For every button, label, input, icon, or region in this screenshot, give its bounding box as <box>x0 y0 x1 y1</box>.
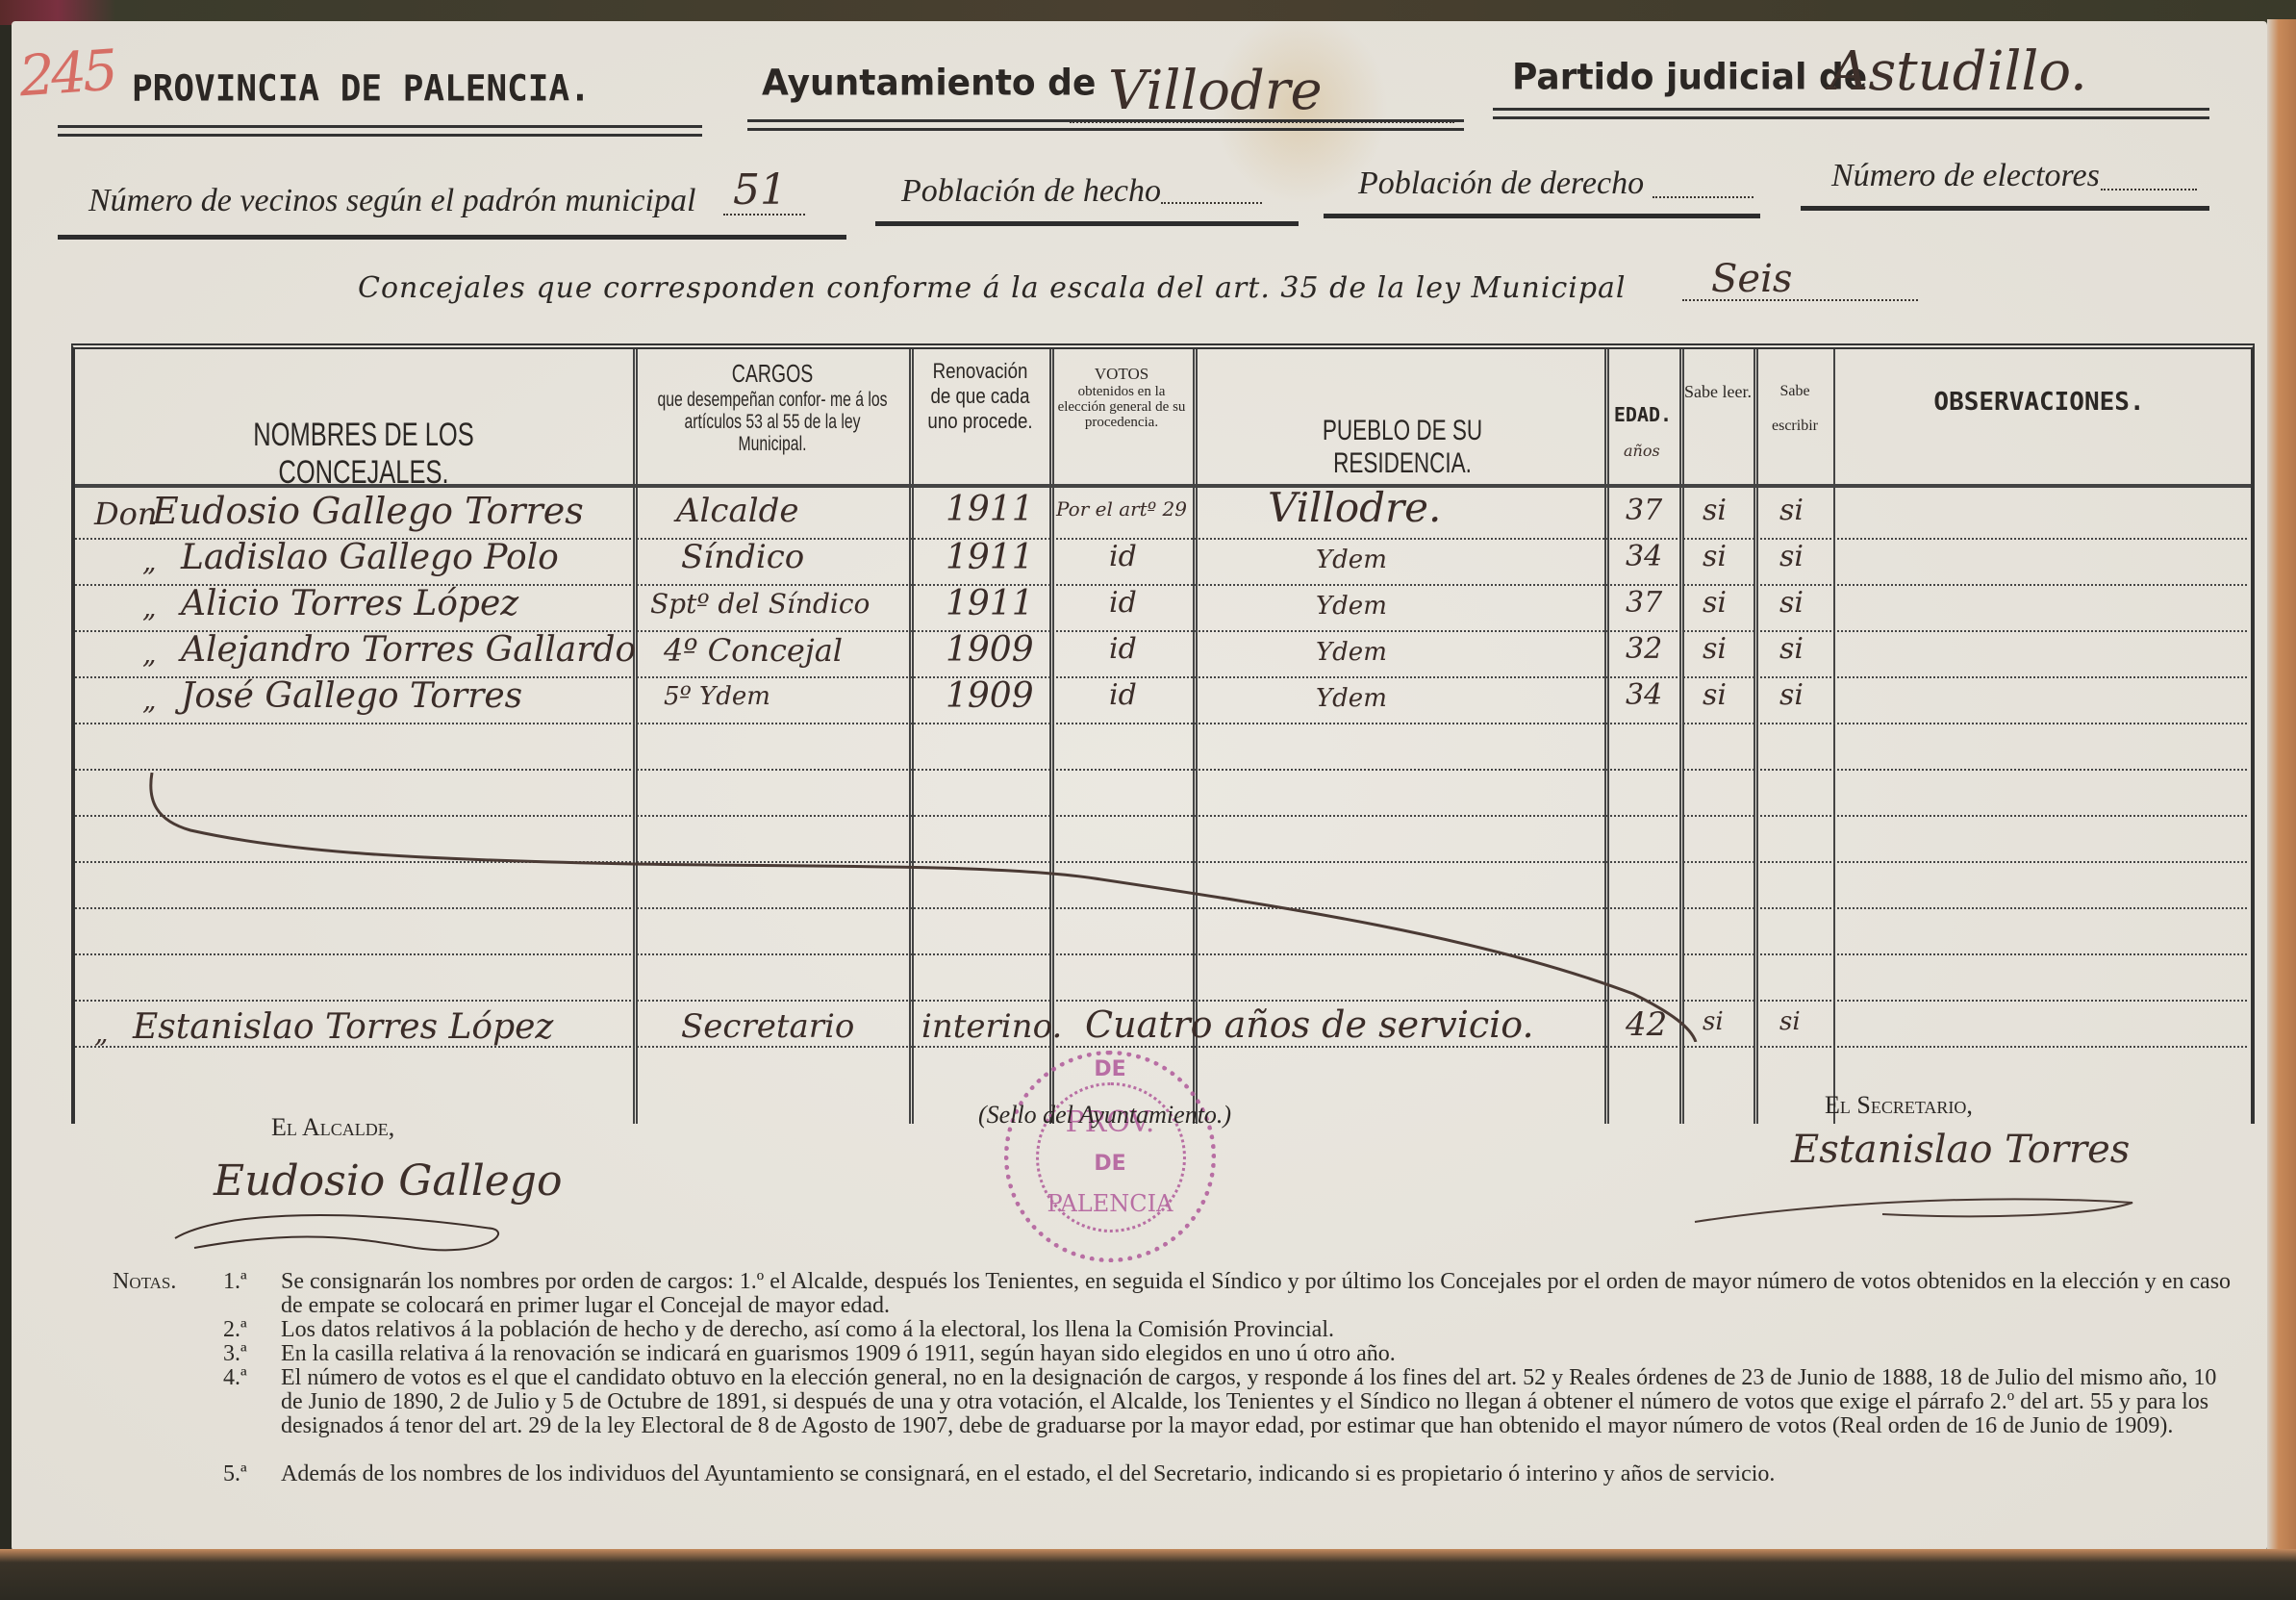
row-pueblo: Villodre. <box>1268 484 1441 531</box>
row-nombre: Eudosio Gallego Torres <box>152 490 584 532</box>
concejales-value: Seis <box>1711 257 1792 301</box>
row-edad: 37 <box>1626 494 1662 527</box>
derecho-label: Población de derecho <box>1358 165 1644 202</box>
note-number: 5.ª <box>223 1462 247 1486</box>
header-cargos: CARGOS que desempeñan confor- me á los a… <box>671 359 873 455</box>
header-votos-title: VOTOS <box>1054 365 1189 384</box>
partido-value: Astudillo. <box>1829 40 2087 103</box>
row-leer: si <box>1703 632 1727 666</box>
row-renovacion: 1909 <box>946 630 1034 670</box>
row-leer: si <box>1703 678 1727 712</box>
row-escribir: si <box>1779 540 1804 573</box>
alcalde-label: El Alcalde, <box>271 1113 394 1142</box>
row-escribir: si <box>1779 1007 1801 1036</box>
note-number: 2.ª <box>223 1318 247 1342</box>
row-pueblo: Ydem <box>1316 638 1387 667</box>
ayuntamiento-seal-stamp: DE PROV. DE PALENCIA <box>1004 1051 1216 1262</box>
vecinos-field: 51 <box>723 194 805 216</box>
row-edad: 42 <box>1626 1005 1667 1044</box>
note-text: En la casilla relativa á la renovación s… <box>281 1342 2233 1366</box>
header-edad: EDAD. <box>1606 403 1679 426</box>
row-escribir: si <box>1779 586 1804 620</box>
row-votos: id <box>1109 586 1137 620</box>
divider <box>1493 108 2209 119</box>
note-text: Además de los nombres de los individuos … <box>281 1462 2233 1486</box>
row-cargo: Sptº del Síndico <box>650 588 870 620</box>
header-edad-unit: años <box>1624 442 1660 460</box>
seal-center-mid: DE <box>1009 1152 1211 1176</box>
book-binding-bottom <box>0 1549 2296 1600</box>
row-votos: id <box>1109 678 1137 712</box>
row-cargo: 4º Concejal <box>664 632 843 669</box>
row-votos: Por el artº 29 <box>1056 497 1187 521</box>
divider <box>1324 214 1760 218</box>
header-observaciones: OBSERVACIONES. <box>1837 388 2241 417</box>
row-prefix: „ <box>142 592 157 623</box>
row-observacion-servicio: Cuatro años de servicio. <box>1085 1003 1534 1046</box>
row-nombre: Alicio Torres López <box>181 584 518 623</box>
header-pueblo: PUEBLO DE SU RESIDENCIA. <box>1251 415 1554 480</box>
header-nombres: NOMBRES DE LOS CONCEJALES. <box>169 417 559 492</box>
note-number: 1.ª <box>223 1270 247 1294</box>
row-renovacion: 1911 <box>946 538 1034 577</box>
page-edge-right <box>2267 19 2296 1559</box>
sello-label: (Sello del Ayuntamiento.) <box>978 1101 1231 1130</box>
ayuntamiento-label: Ayuntamiento de <box>762 63 1096 104</box>
header-cargos-title: CARGOS <box>671 359 873 389</box>
row-escribir: si <box>1779 678 1804 712</box>
row-renovacion: 1911 <box>946 490 1034 529</box>
row-leer: si <box>1703 1007 1724 1036</box>
secretario-label: El Secretario, <box>1825 1091 1973 1120</box>
row-leer: si <box>1703 586 1727 620</box>
row-leer: si <box>1703 494 1727 527</box>
header-sabe-escribir: Sabe escribir <box>1758 374 1831 444</box>
row-line <box>75 769 2247 771</box>
note-text: Los datos relativos á la población de he… <box>281 1318 2233 1342</box>
row-pueblo: Ydem <box>1316 546 1387 574</box>
row-cargo: 5º Ydem <box>664 682 770 711</box>
row-prefix: „ <box>94 1017 109 1049</box>
vecinos-value: 51 <box>733 165 787 215</box>
row-edad: 32 <box>1626 632 1662 666</box>
row-line <box>75 723 2247 724</box>
note-text: El número de votos es el que el candidat… <box>281 1366 2233 1438</box>
secretario-signature-flourish <box>1690 1176 2152 1233</box>
electores-label: Número de electores <box>1831 158 2100 194</box>
row-votos: id <box>1109 632 1137 666</box>
row-pueblo: Ydem <box>1316 592 1387 621</box>
row-nombre: Estanislao Torres López <box>133 1007 553 1047</box>
row-edad: 37 <box>1626 586 1662 620</box>
hecho-label: Población de hecho <box>901 173 1161 210</box>
note-number: 4.ª <box>223 1366 247 1390</box>
alcalde-signature-flourish <box>165 1190 531 1267</box>
concejales-label: Concejales que corresponden conforme á l… <box>358 271 1627 305</box>
divider <box>875 221 1299 226</box>
header-sabe-leer: Sabe leer. <box>1683 374 1753 409</box>
divider <box>747 119 1464 131</box>
row-nombre: Ladislao Gallego Polo <box>181 538 559 577</box>
provincia-title: PROVINCIA DE PALENCIA. <box>132 68 591 110</box>
divider <box>58 235 846 240</box>
row-cargo: Secretario <box>681 1007 854 1046</box>
row-escribir: si <box>1779 632 1804 666</box>
row-prefix: Don <box>94 495 158 532</box>
row-edad: 34 <box>1626 678 1662 712</box>
divider <box>58 125 702 137</box>
row-votos: id <box>1109 540 1137 573</box>
ayuntamiento-value: Villodre <box>1108 60 1323 122</box>
row-prefix: „ <box>142 546 157 577</box>
concejales-table: NOMBRES DE LOS CONCEJALES. CARGOS que de… <box>71 343 2255 1124</box>
note-text: Se consignarán los nombres por orden de … <box>281 1270 2233 1318</box>
hecho-field <box>1161 192 1262 204</box>
note-number: 3.ª <box>223 1342 247 1366</box>
vecinos-label: Número de vecinos según el padrón munici… <box>88 183 695 219</box>
row-renovacion: 1909 <box>946 676 1034 716</box>
seal-center-bottom: PALENCIA <box>1009 1190 1211 1217</box>
row-cargo: Síndico <box>681 538 804 576</box>
header-rule <box>75 484 2251 488</box>
row-leer: si <box>1703 540 1727 573</box>
header-renovacion: Renovación de que cada uno procede. <box>923 359 1036 434</box>
row-cargo: Alcalde <box>676 492 799 530</box>
closing-pen-stroke <box>133 773 1922 1042</box>
secretario-signature: Estanislao Torres <box>1791 1128 2130 1172</box>
document-page: 245 PROVINCIA DE PALENCIA. Ayuntamiento … <box>12 21 2267 1551</box>
header-cargos-sub: que desempeñan confor- me á los artículo… <box>657 389 888 455</box>
row-renovacion: interino. <box>921 1007 1062 1046</box>
row-renovacion: 1911 <box>946 584 1034 623</box>
row-prefix: „ <box>142 684 157 716</box>
notes-title: Notas. <box>113 1270 176 1294</box>
row-prefix: „ <box>142 638 157 670</box>
electores-field <box>2101 179 2197 190</box>
partido-label: Partido judicial de <box>1512 57 1867 98</box>
partido-field: Astudillo. <box>1820 79 2195 110</box>
folio-number: 245 <box>17 38 116 110</box>
row-escribir: si <box>1779 494 1804 527</box>
row-nombre: Alejandro Torres Gallardo <box>181 630 636 670</box>
derecho-field <box>1653 187 1754 198</box>
divider <box>1801 206 2209 211</box>
row-nombre: José Gallego Torres <box>181 676 522 716</box>
seal-ring-text: DE <box>1009 1057 1211 1081</box>
row-pueblo: Ydem <box>1316 684 1387 713</box>
header-votos: VOTOS obtenidos en la elección general d… <box>1054 365 1189 430</box>
header-votos-sub: obtenidos en la elección general de su p… <box>1054 384 1189 430</box>
row-edad: 34 <box>1626 540 1662 573</box>
concejales-field: Seis <box>1682 286 1918 301</box>
